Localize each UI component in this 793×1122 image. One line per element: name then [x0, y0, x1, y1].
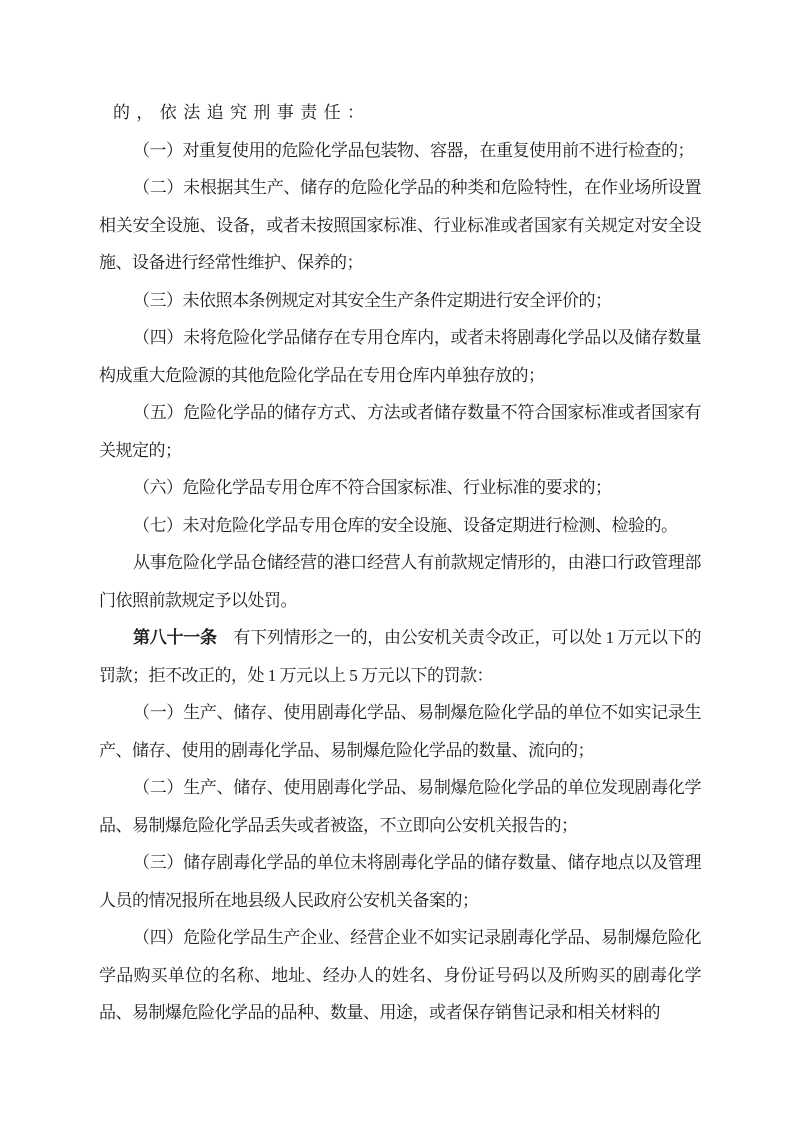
list-b-item-1: （一）生产、储存、使用剧毒化学品、易制爆危险化学品的单位不如实记录生产、储存、使…	[99, 694, 701, 769]
paragraph-port-operators: 从事危险化学品仓储经营的港口经营人有前款规定情形的，由港口行政管理部门依照前款规…	[99, 544, 701, 619]
list-a-item-6: （六）危险化学品专用仓库不符合国家标准、行业标准的要求的；	[99, 469, 701, 507]
list-a-item-3: （三）未依照本条例规定对其安全生产条件定期进行安全评价的；	[99, 282, 701, 320]
article-number: 第八十一条	[133, 628, 217, 647]
paragraph-continuation: 的，依法追究刑事责任：	[99, 94, 701, 132]
list-a-item-2: （二）未根据其生产、储存的危险化学品的种类和危险特性，在作业场所设置相关安全设施…	[99, 169, 701, 282]
list-b-item-2: （二）生产、储存、使用剧毒化学品、易制爆危险化学品的单位发现剧毒化学品、易制爆危…	[99, 769, 701, 844]
document-page: 的，依法追究刑事责任： （一）对重复使用的危险化学品包装物、容器，在重复使用前不…	[0, 0, 793, 1122]
list-a-item-4: （四）未将危险化学品储存在专用仓库内，或者未将剧毒化学品以及储存数量构成重大危险…	[99, 319, 701, 394]
paragraph-article-81: 第八十一条 有下列情形之一的，由公安机关责令改正，可以处 1 万元以下的罚款；拒…	[99, 619, 701, 694]
list-b-item-4: （四）危险化学品生产企业、经营企业不如实记录剧毒化学品、易制爆危险化学品购买单位…	[99, 919, 701, 1032]
list-a-item-5: （五）危险化学品的储存方式、方法或者储存数量不符合国家标准或者国家有关规定的；	[99, 394, 701, 469]
list-a-item-7: （七）未对危险化学品专用仓库的安全设施、设备定期进行检测、检验的。	[99, 507, 701, 545]
list-a-item-1: （一）对重复使用的危险化学品包装物、容器，在重复使用前不进行检查的；	[99, 132, 701, 170]
list-b-item-3: （三）储存剧毒化学品的单位未将剧毒化学品的储存数量、储存地点以及管理人员的情况报…	[99, 844, 701, 919]
